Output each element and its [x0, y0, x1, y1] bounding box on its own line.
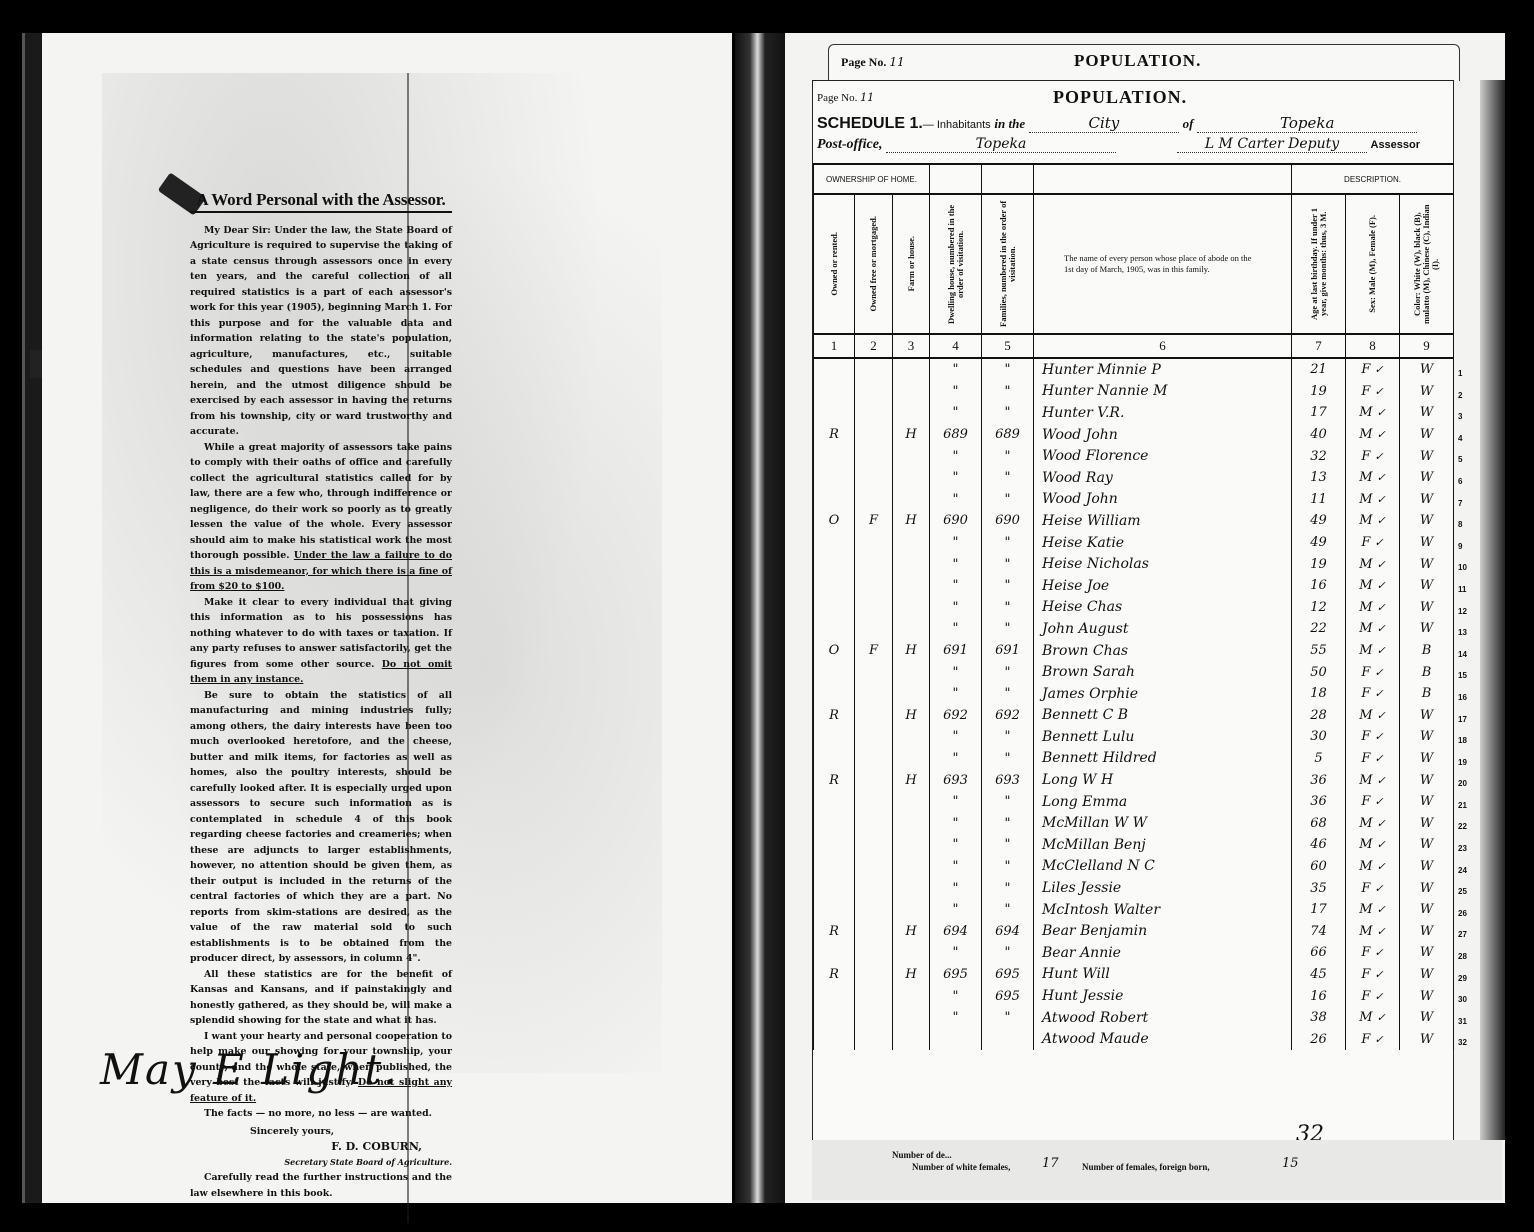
col-header-age: Age at last birthday. If under 1 year, g…: [1292, 194, 1346, 334]
col-header-sex: Sex: Male (M), Female (F).: [1346, 194, 1400, 334]
cell-farm: H: [893, 964, 930, 986]
cell-mortgaged: [855, 834, 893, 856]
column-number-row: 1 2 3 4 5 6 7 8 9: [814, 334, 1454, 358]
cell-dwelling: 690: [930, 510, 982, 532]
cell-dwelling: ": [930, 834, 982, 856]
census-row: ""McMillan Benj46M✓W: [814, 834, 1454, 856]
cell-dwelling: 693: [930, 769, 982, 791]
cell-dwelling: ": [930, 381, 982, 403]
census-row: ""Brown Sarah50F✓B: [814, 661, 1454, 683]
cell-farm: [893, 467, 930, 489]
col-header-free-mortgaged: Owned free or mortgaged.: [855, 194, 893, 334]
cell-mortgaged: [855, 985, 893, 1007]
census-schedule-sheet: Page No. 11 POPULATION. SCHEDULE 1.— Inh…: [812, 80, 1454, 1142]
cell-mortgaged: [855, 705, 893, 727]
cell-sex: M✓: [1346, 856, 1400, 878]
cell-farm: [893, 683, 930, 705]
cell-owned: [814, 445, 855, 467]
cell-sex: M✓: [1346, 618, 1400, 640]
cell-color: W: [1400, 553, 1454, 575]
census-row: RH689689Wood John40M✓W: [814, 424, 1454, 446]
census-row: ""Wood Florence32F✓W: [814, 445, 1454, 467]
cell-color: W: [1400, 705, 1454, 727]
cell-mortgaged: [855, 899, 893, 921]
cell-color: W: [1400, 985, 1454, 1007]
torn-page-edge: [1480, 80, 1505, 1140]
cell-mortgaged: [855, 489, 893, 511]
ownership-group-header: OWNERSHIP OF HOME.: [814, 164, 930, 194]
cell-name: James Orphie: [1034, 683, 1292, 705]
cell-sex: F✓: [1346, 877, 1400, 899]
handwritten-signature: May E Light.: [100, 1045, 399, 1094]
cell-color: W: [1400, 575, 1454, 597]
letter-paragraph-4: Be sure to obtain the statistics of all …: [190, 688, 452, 967]
cell-color: W: [1400, 424, 1454, 446]
check-mark-icon: ✓: [1377, 601, 1386, 614]
cell-age: 38: [1292, 1007, 1346, 1029]
census-row: ""Liles Jessie35F✓W: [814, 877, 1454, 899]
cell-sex: F✓: [1346, 445, 1400, 467]
cell-dwelling: ": [930, 812, 982, 834]
cell-dwelling: ": [930, 358, 982, 381]
cell-color: W: [1400, 769, 1454, 791]
cell-sex: F✓: [1346, 985, 1400, 1007]
cell-family: 695: [982, 964, 1034, 986]
cell-farm: H: [893, 920, 930, 942]
cell-farm: [893, 445, 930, 467]
cell-age: 26: [1292, 1028, 1346, 1050]
cell-age: 74: [1292, 920, 1346, 942]
cell-farm: H: [893, 640, 930, 662]
cell-owned: R: [814, 705, 855, 727]
col-header-families: Families, numbered in the order of visit…: [982, 194, 1034, 334]
cell-family: ": [982, 597, 1034, 619]
check-mark-icon: ✓: [1374, 795, 1383, 808]
census-row: OFH690690Heise William49M✓W: [814, 510, 1454, 532]
cell-mortgaged: [855, 726, 893, 748]
cell-name: Hunter Nannie M: [1034, 381, 1292, 403]
cell-dwelling: ": [930, 856, 982, 878]
cell-age: 17: [1292, 402, 1346, 424]
cell-mortgaged: [855, 381, 893, 403]
assessor-name: L M Carter Deputy: [1177, 136, 1367, 153]
cell-farm: [893, 899, 930, 921]
cell-owned: [814, 683, 855, 705]
cell-family: 689: [982, 424, 1034, 446]
cell-name: Heise Joe: [1034, 575, 1292, 597]
cell-sex: M✓: [1346, 575, 1400, 597]
census-row: ""Heise Katie49F✓W: [814, 532, 1454, 554]
cell-name: Hunter V.R.: [1034, 402, 1292, 424]
cell-color: B: [1400, 683, 1454, 705]
cell-name: Hunt Will: [1034, 964, 1292, 986]
cell-family: 691: [982, 640, 1034, 662]
cell-name: John August: [1034, 618, 1292, 640]
cell-name: Heise William: [1034, 510, 1292, 532]
census-row: ""Hunter V.R.17M✓W: [814, 402, 1454, 424]
cell-age: 45: [1292, 964, 1346, 986]
cell-dwelling: ": [930, 618, 982, 640]
foreign-females-label: Number of females, foreign born,: [1082, 1162, 1210, 1172]
cell-mortgaged: F: [855, 510, 893, 532]
cell-sex: M✓: [1346, 769, 1400, 791]
cell-color: W: [1400, 834, 1454, 856]
check-mark-icon: ✓: [1374, 536, 1383, 549]
cell-age: 22: [1292, 618, 1346, 640]
cell-farm: [893, 1007, 930, 1029]
cell-family: ": [982, 877, 1034, 899]
check-mark-icon: ✓: [1377, 558, 1386, 571]
cell-sex: F✓: [1346, 1028, 1400, 1050]
census-table: OWNERSHIP OF HOME. DESCRIPTION. Owned or…: [813, 163, 1454, 1050]
cell-mortgaged: [855, 597, 893, 619]
cell-farm: [893, 358, 930, 381]
cell-age: 17: [1292, 899, 1346, 921]
cell-age: 19: [1292, 381, 1346, 403]
census-row: RH693693Long W H36M✓W: [814, 769, 1454, 791]
cell-mortgaged: [855, 553, 893, 575]
cell-dwelling: ": [930, 575, 982, 597]
cell-age: 21: [1292, 358, 1346, 381]
cell-farm: [893, 553, 930, 575]
place-type: City: [1029, 114, 1179, 133]
cell-owned: O: [814, 640, 855, 662]
cell-sex: F✓: [1346, 748, 1400, 770]
white-females-value: 17: [1042, 1156, 1059, 1171]
cell-name: Bear Benjamin: [1034, 920, 1292, 942]
cell-owned: [814, 618, 855, 640]
cell-family: ": [982, 834, 1034, 856]
cell-family: ": [982, 942, 1034, 964]
census-row: ""Wood John11M✓W: [814, 489, 1454, 511]
cell-sex: M✓: [1346, 920, 1400, 942]
cell-age: 11: [1292, 489, 1346, 511]
cell-sex: F✓: [1346, 381, 1400, 403]
cell-mortgaged: [855, 424, 893, 446]
cell-age: 50: [1292, 661, 1346, 683]
cell-mortgaged: [855, 575, 893, 597]
check-mark-icon: ✓: [1374, 1033, 1383, 1046]
cell-family: ": [982, 661, 1034, 683]
cell-owned: [814, 358, 855, 381]
census-row: "695Hunt Jessie16F✓W: [814, 985, 1454, 1007]
cell-mortgaged: [855, 769, 893, 791]
cell-sex: F✓: [1346, 661, 1400, 683]
check-mark-icon: ✓: [1374, 968, 1383, 981]
cell-owned: [814, 661, 855, 683]
check-mark-icon: ✓: [1377, 860, 1386, 873]
cell-color: W: [1400, 1007, 1454, 1029]
cell-family: ": [982, 489, 1034, 511]
cell-color: W: [1400, 618, 1454, 640]
cell-name: Atwood Robert: [1034, 1007, 1292, 1029]
cell-mortgaged: [855, 532, 893, 554]
cell-mortgaged: [855, 661, 893, 683]
cell-name: Bennett Hildred: [1034, 748, 1292, 770]
cell-family: ": [982, 856, 1034, 878]
cell-name: Brown Sarah: [1034, 661, 1292, 683]
cell-sex: M✓: [1346, 467, 1400, 489]
cell-dwelling: ": [930, 489, 982, 511]
cell-name: Long W H: [1034, 769, 1292, 791]
check-mark-icon: ✓: [1374, 385, 1383, 398]
cell-sex: M✓: [1346, 510, 1400, 532]
cell-mortgaged: [855, 402, 893, 424]
cell-farm: H: [893, 510, 930, 532]
cell-color: W: [1400, 856, 1454, 878]
cell-dwelling: ": [930, 467, 982, 489]
signer-name: F. D. COBURN,: [190, 1139, 452, 1155]
cell-name: Long Emma: [1034, 791, 1292, 813]
post-office-value: Topeka: [886, 136, 1116, 153]
cell-farm: H: [893, 705, 930, 727]
cell-farm: [893, 402, 930, 424]
cell-family: ": [982, 381, 1034, 403]
cell-name: Wood Florence: [1034, 445, 1292, 467]
cell-owned: [814, 489, 855, 511]
cell-family: 693: [982, 769, 1034, 791]
cell-name: Bennett C B: [1034, 705, 1292, 727]
census-row: ""McIntosh Walter17M✓W: [814, 899, 1454, 921]
cell-name: McMillan Benj: [1034, 834, 1292, 856]
cell-age: 32: [1292, 445, 1346, 467]
check-mark-icon: ✓: [1377, 925, 1386, 938]
check-mark-icon: ✓: [1374, 946, 1383, 959]
cell-farm: [893, 489, 930, 511]
census-row: ""Heise Joe16M✓W: [814, 575, 1454, 597]
cell-sex: M✓: [1346, 402, 1400, 424]
facts-line: The facts — no more, no less — are wante…: [190, 1106, 452, 1122]
cell-color: B: [1400, 640, 1454, 662]
census-row: ""Heise Nicholas19M✓W: [814, 553, 1454, 575]
cell-color: W: [1400, 964, 1454, 986]
census-row: ""McMillan W W68M✓W: [814, 812, 1454, 834]
cell-owned: [814, 381, 855, 403]
cell-color: W: [1400, 597, 1454, 619]
cell-color: W: [1400, 942, 1454, 964]
cell-mortgaged: [855, 942, 893, 964]
cell-owned: [814, 812, 855, 834]
foreign-females-value: 15: [1282, 1156, 1299, 1171]
cell-mortgaged: [855, 791, 893, 813]
check-mark-icon: ✓: [1374, 990, 1383, 1003]
cell-color: W: [1400, 812, 1454, 834]
signature-block: Sincerely yours, F. D. COBURN, Secretary…: [190, 1124, 452, 1171]
cell-dwelling: ": [930, 1007, 982, 1029]
cell-dwelling: ": [930, 726, 982, 748]
check-mark-icon: ✓: [1374, 363, 1383, 376]
cell-owned: [814, 532, 855, 554]
cell-color: W: [1400, 358, 1454, 381]
cell-family: ": [982, 402, 1034, 424]
cell-owned: [814, 553, 855, 575]
cell-color: W: [1400, 726, 1454, 748]
cell-family: ": [982, 467, 1034, 489]
cell-color: W: [1400, 532, 1454, 554]
cell-dwelling: ": [930, 877, 982, 899]
cell-color: W: [1400, 402, 1454, 424]
cell-sex: M✓: [1346, 899, 1400, 921]
check-mark-icon: ✓: [1377, 838, 1386, 851]
cell-color: W: [1400, 489, 1454, 511]
cell-color: B: [1400, 661, 1454, 683]
cell-mortgaged: [855, 358, 893, 381]
census-row: ""Hunter Minnie P21F✓W: [814, 358, 1454, 381]
cell-farm: [893, 942, 930, 964]
cell-family: ": [982, 791, 1034, 813]
book-gutter: [735, 33, 785, 1203]
cell-farm: [893, 532, 930, 554]
cell-owned: [814, 402, 855, 424]
cell-owned: R: [814, 769, 855, 791]
cell-family: ": [982, 618, 1034, 640]
cell-age: 46: [1292, 834, 1346, 856]
check-mark-icon: ✓: [1377, 774, 1386, 787]
cell-owned: [814, 1007, 855, 1029]
letter-paragraph-5: All these statistics are for the benefit…: [190, 967, 452, 1029]
cell-age: 60: [1292, 856, 1346, 878]
cell-color: W: [1400, 381, 1454, 403]
census-row: ""Atwood Robert38M✓W: [814, 1007, 1454, 1029]
cell-owned: [814, 467, 855, 489]
census-rows: ""Hunter Minnie P21F✓W""Hunter Nannie M1…: [814, 358, 1454, 1050]
cell-farm: [893, 834, 930, 856]
cell-age: 19: [1292, 553, 1346, 575]
check-mark-icon: ✓: [1377, 514, 1386, 527]
cell-sex: M✓: [1346, 1007, 1400, 1029]
cell-name: McClelland N C: [1034, 856, 1292, 878]
cell-sex: F✓: [1346, 726, 1400, 748]
cell-farm: [893, 381, 930, 403]
cell-owned: O: [814, 510, 855, 532]
cell-family: ": [982, 553, 1034, 575]
cell-age: 49: [1292, 532, 1346, 554]
cell-name: Hunt Jessie: [1034, 985, 1292, 1007]
cell-color: W: [1400, 899, 1454, 921]
cell-age: 18: [1292, 683, 1346, 705]
cell-farm: [893, 661, 930, 683]
cell-color: W: [1400, 1028, 1454, 1050]
cell-mortgaged: [855, 877, 893, 899]
cell-name: McMillan W W: [1034, 812, 1292, 834]
cell-age: 5: [1292, 748, 1346, 770]
cell-dwelling: ": [930, 553, 982, 575]
cell-owned: [814, 942, 855, 964]
census-row: ""Bear Annie66F✓W: [814, 942, 1454, 964]
cell-dwelling: ": [930, 445, 982, 467]
cell-family: ": [982, 575, 1034, 597]
cell-age: 35: [1292, 877, 1346, 899]
cell-family: ": [982, 899, 1034, 921]
white-females-label: Number of white females,: [912, 1162, 1010, 1172]
check-mark-icon: ✓: [1377, 644, 1386, 657]
cell-dwelling: ": [930, 942, 982, 964]
cell-mortgaged: [855, 920, 893, 942]
cell-mortgaged: [855, 856, 893, 878]
col-header-owned-rented: Owned or rented.: [814, 194, 855, 334]
col-header-farm-house: Farm or house.: [893, 194, 930, 334]
cell-dwelling: ": [930, 532, 982, 554]
col-header-name: The name of every person whose place of …: [1034, 194, 1292, 334]
cell-name: Hunter Minnie P: [1034, 358, 1292, 381]
check-mark-icon: ✓: [1377, 622, 1386, 635]
cell-name: Heise Katie: [1034, 532, 1292, 554]
cell-name: Bear Annie: [1034, 942, 1292, 964]
cell-dwelling: ": [930, 402, 982, 424]
check-mark-icon: ✓: [1377, 471, 1386, 484]
cell-age: 68: [1292, 812, 1346, 834]
cell-sex: M✓: [1346, 424, 1400, 446]
check-mark-icon: ✓: [1377, 428, 1386, 441]
cell-sex: F✓: [1346, 532, 1400, 554]
census-row: ""James Orphie18F✓B: [814, 683, 1454, 705]
cell-farm: [893, 575, 930, 597]
cell-name: Brown Chas: [1034, 640, 1292, 662]
census-row: OFH691691Brown Chas55M✓B: [814, 640, 1454, 662]
cell-owned: R: [814, 964, 855, 986]
cell-owned: [814, 856, 855, 878]
census-row: ""Wood Ray13M✓W: [814, 467, 1454, 489]
signer-title: Secretary State Board of Agriculture.: [190, 1155, 452, 1171]
check-mark-icon: ✓: [1374, 450, 1383, 463]
cell-owned: [814, 1028, 855, 1050]
cell-farm: [893, 748, 930, 770]
cell-farm: [893, 618, 930, 640]
cell-farm: [893, 877, 930, 899]
check-mark-icon: ✓: [1377, 709, 1386, 722]
cell-age: 30: [1292, 726, 1346, 748]
cell-farm: [893, 726, 930, 748]
post-office-line: Post-office, Topeka L M Carter Deputy As…: [817, 136, 1453, 153]
cell-farm: [893, 1028, 930, 1050]
cell-name: Bennett Lulu: [1034, 726, 1292, 748]
cell-name: Wood Ray: [1034, 467, 1292, 489]
check-mark-icon: ✓: [1374, 752, 1383, 765]
cell-color: W: [1400, 748, 1454, 770]
cell-dwelling: 692: [930, 705, 982, 727]
check-mark-icon: ✓: [1377, 406, 1386, 419]
cell-color: W: [1400, 445, 1454, 467]
underlying-page-header: Page No. 11 POPULATION.: [828, 44, 1460, 81]
cell-sex: M✓: [1346, 553, 1400, 575]
census-row: ""Hunter Nannie M19F✓W: [814, 381, 1454, 403]
cell-owned: [814, 597, 855, 619]
cell-dwelling: 694: [930, 920, 982, 942]
letter-paragraph-1: My Dear Sir: Under the law, the State Bo…: [190, 223, 452, 440]
cell-mortgaged: [855, 812, 893, 834]
check-mark-icon: ✓: [1374, 666, 1383, 679]
cell-family: ": [982, 748, 1034, 770]
check-mark-icon: ✓: [1374, 687, 1383, 700]
cell-mortgaged: [855, 748, 893, 770]
cell-family: 692: [982, 705, 1034, 727]
cell-color: W: [1400, 467, 1454, 489]
cell-owned: [814, 791, 855, 813]
place-name: Topeka: [1197, 114, 1417, 133]
cell-color: W: [1400, 877, 1454, 899]
letter-paragraph-2: While a great majority of assessors take…: [190, 440, 452, 595]
cell-mortgaged: [855, 618, 893, 640]
cell-family: ": [982, 1007, 1034, 1029]
cell-family: ": [982, 445, 1034, 467]
check-mark-icon: ✓: [1377, 493, 1386, 506]
census-row: ""John August22M✓W: [814, 618, 1454, 640]
cell-sex: M✓: [1346, 705, 1400, 727]
cell-name: McIntosh Walter: [1034, 899, 1292, 921]
cell-family: ": [982, 726, 1034, 748]
cell-farm: [893, 597, 930, 619]
census-row: ""Heise Chas12M✓W: [814, 597, 1454, 619]
